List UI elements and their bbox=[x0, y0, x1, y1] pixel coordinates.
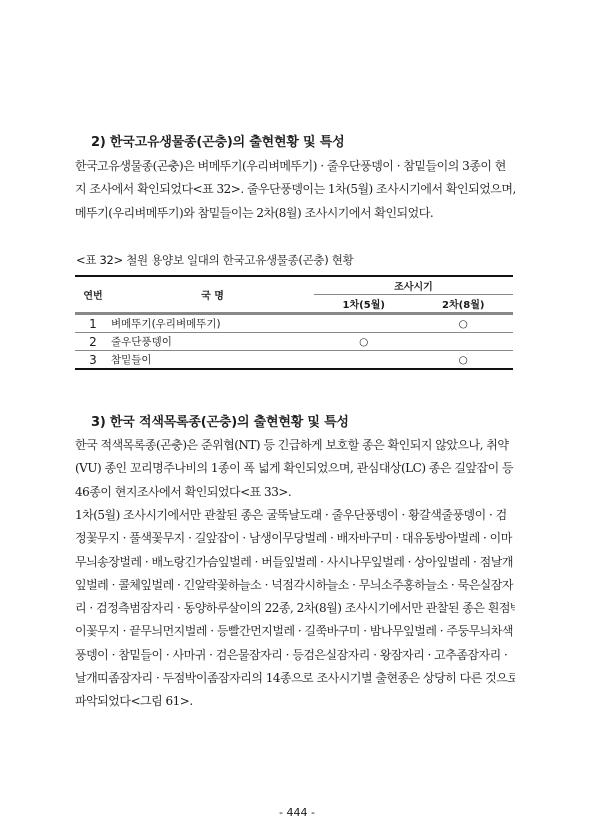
row-period1-mark: ○ bbox=[314, 333, 414, 351]
text-line: 정꽃무지 · 풀색꽃무지 · 길앞잡이 · 남생이무당벌레 · 배자바구미 · … bbox=[75, 527, 515, 550]
table-row: 1 벼메뚜기(우리벼메뚜기) ○ bbox=[75, 314, 513, 333]
header-no: 연번 bbox=[75, 276, 111, 314]
row-period2-mark: ○ bbox=[414, 351, 514, 370]
text-line: 지 조사에서 확인되었다<표 32>. 줄우단풍뎅이는 1차(5월) 조사시기에… bbox=[75, 178, 515, 201]
text-line: 메뚜기(우리벼메뚜기)와 참밑들이는 2차(8월) 조사시기에서 확인되었다. bbox=[75, 202, 515, 225]
row-species-name: 줄우단풍뎅이 bbox=[111, 333, 314, 351]
text-line: (VU) 종인 꼬리명주나비의 1종이 폭 넓게 확인되었으며, 관심대상(LC… bbox=[75, 457, 515, 480]
table-row: 2 줄우단풍뎅이 ○ bbox=[75, 333, 513, 351]
header-period-1: 1차(5월) bbox=[314, 295, 414, 314]
table-caption: <표 32> 철원 용양보 일대의 한국고유생물종(곤충) 현황 bbox=[76, 252, 353, 268]
endemic-species-table: 연번 국 명 조사시기 1차(5월) 2차(8월) 1 벼메뚜기(우리벼메뚜기)… bbox=[75, 275, 513, 370]
section-heading-endemic: 2) 한국고유생물종(곤충)의 출현현황 및 특성 bbox=[91, 131, 344, 150]
row-period2-mark: ○ bbox=[414, 314, 514, 333]
text-line: 46종이 현지조사에서 확인되었다<표 33>. bbox=[75, 481, 515, 504]
header-period-2: 2차(8월) bbox=[414, 295, 514, 314]
text-line: 무늬송장벌레 · 배노랑긴가슴잎벌레 · 버들잎벌레 · 사시나무잎벌레 · 상… bbox=[75, 551, 515, 574]
row-species-name: 벼메뚜기(우리벼메뚜기) bbox=[111, 314, 314, 333]
table-row: 3 참밑들이 ○ bbox=[75, 351, 513, 370]
page-number: - 444 - bbox=[0, 806, 594, 819]
header-survey-period: 조사시기 bbox=[314, 276, 513, 295]
row-no: 1 bbox=[75, 314, 111, 333]
text-line: 날개띠좀잠자리 · 두점박이좀잠자리의 14종으로 조사시기별 출현종은 상당히… bbox=[75, 667, 515, 690]
header-name: 국 명 bbox=[111, 276, 314, 314]
row-species-name: 참밑들이 bbox=[111, 351, 314, 370]
text-line: 한국 적색목록종(곤충)은 준위협(NT) 등 긴급하게 보호할 종은 확인되지… bbox=[75, 434, 515, 457]
row-period1-mark bbox=[314, 351, 414, 370]
row-no: 3 bbox=[75, 351, 111, 370]
paragraph-survey-period-species: 1차(5월) 조사시기에서만 관찰된 종은 굴뚝날도래 · 줄우단풍뎅이 · 황… bbox=[75, 504, 515, 714]
row-no: 2 bbox=[75, 333, 111, 351]
text-line: 한국고유생물종(곤충)은 벼메뚜기(우리벼메뚜기) · 줄우단풍뎅이 · 참밑들… bbox=[75, 155, 515, 178]
row-period2-mark bbox=[414, 333, 514, 351]
text-line: 리 · 검정측범잠자리 · 동양하루살이의 22종, 2차(8월) 조사시기에서… bbox=[75, 597, 515, 620]
paragraph-redlist-summary: 한국 적색목록종(곤충)은 준위협(NT) 등 긴급하게 보호할 종은 확인되지… bbox=[75, 434, 515, 504]
text-line: 잎벌레 · 콜체잎벌레 · 긴알락꽃하늘소 · 넉점각시하늘소 · 무늬소주홍하… bbox=[75, 574, 515, 597]
text-line: 풍뎅이 · 참밑들이 · 사마귀 · 검은물잠자리 · 등검은실잠자리 · 왕잠… bbox=[75, 644, 515, 667]
row-period1-mark bbox=[314, 314, 414, 333]
text-line: 1차(5월) 조사시기에서만 관찰된 종은 굴뚝날도래 · 줄우단풍뎅이 · 황… bbox=[75, 504, 515, 527]
section-heading-redlist: 3) 한국 적색목록종(곤충)의 출현현황 및 특성 bbox=[91, 411, 349, 430]
text-line: 파악되었다<그림 61>. bbox=[75, 690, 515, 713]
paragraph-endemic-summary: 한국고유생물종(곤충)은 벼메뚜기(우리벼메뚜기) · 줄우단풍뎅이 · 참밑들… bbox=[75, 155, 515, 225]
text-line: 이꽃무지 · 끝무늬먼지벌레 · 등빨간먼지벌레 · 길쭉바구미 · 밤나무잎벌… bbox=[75, 620, 515, 643]
